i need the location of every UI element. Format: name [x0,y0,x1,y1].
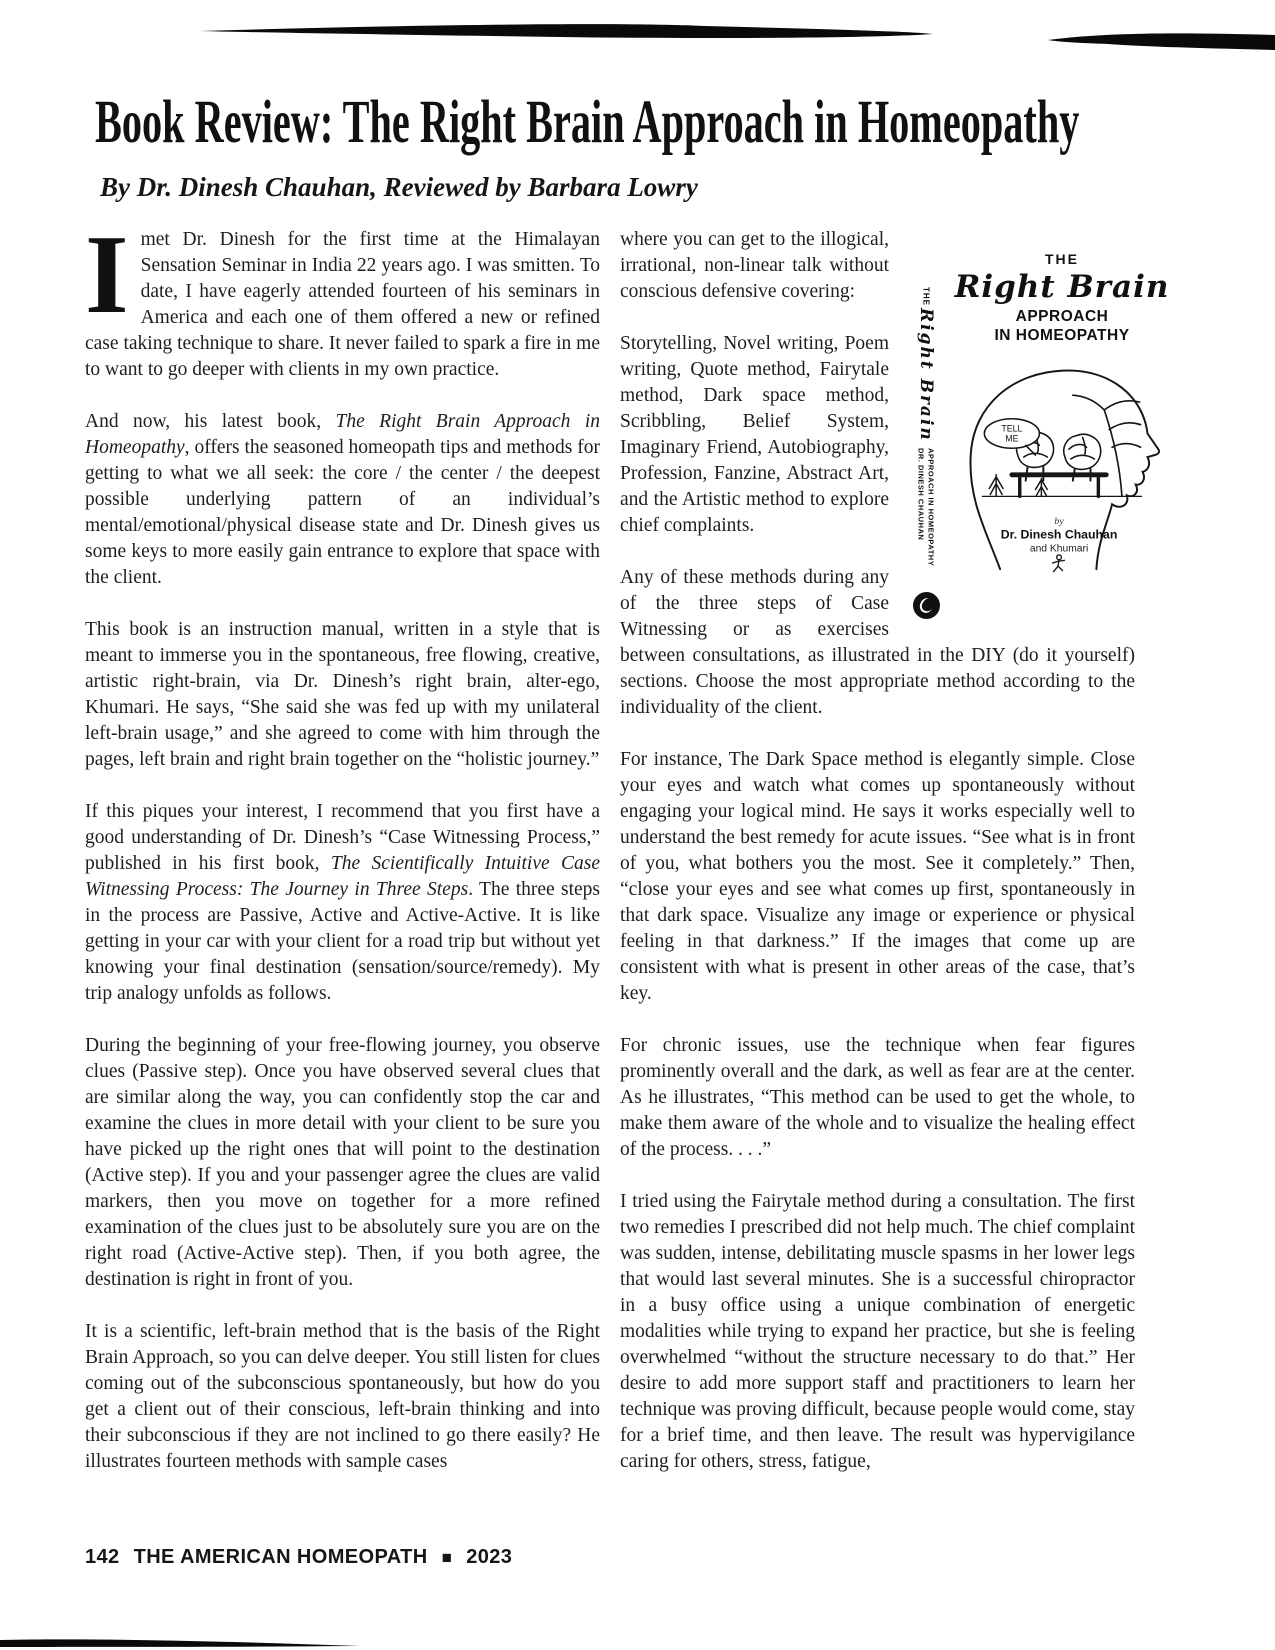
footer-page-number: 142 [85,1546,120,1569]
right-column: THE Right Brain DR. DINESH CHAUHAN APPRO… [620,227,1135,1475]
spine-the-label: THE [922,287,931,306]
dancing-figure-icon [1052,555,1065,572]
cover-subtitle-2: IN HOMEOPATHY [947,326,1177,345]
left-paragraph-3: This book is an instruction manual, writ… [85,617,600,773]
left-paragraph-4: If this piques your interest, I recommen… [85,799,600,1007]
book-spine: THE Right Brain DR. DINESH CHAUHAN APPRO… [905,241,947,623]
page-title: Book Review: The Right Brain Approach in… [95,90,992,164]
spine-subtitle-line: APPROACH IN HOMEOPATHY [927,448,936,566]
text-segment: where you can get to the illogical, irra… [620,229,889,302]
cover-script-title: Right Brain [947,269,1177,305]
text-segment: It is a scientific, left-brain method th… [85,1321,600,1472]
footer-year: 2023 [466,1546,512,1569]
right-paragraph-5: For chronic issues, use the technique wh… [620,1033,1135,1163]
book-cover-image: THE Right Brain DR. DINESH CHAUHAN APPRO… [905,241,1177,623]
speech-bubble-text-line1: TELL [1001,424,1022,434]
spine-author-line: DR. DINESH CHAUHAN [917,448,926,566]
left-paragraph-5: During the beginning of your free-flowin… [85,1033,600,1293]
text-segment: I tried using the Fairytale method durin… [620,1191,1135,1472]
footer-separator-square: ■ [442,1549,453,1566]
text-segment: For instance, The Dark Space method is e… [620,749,1135,1004]
cover-the-label: THE [947,251,1177,267]
article-body: Imet Dr. Dinesh for the first time at th… [85,227,1135,1475]
head-profile-illustration: TELL ME by Dr. Dinesh Chauhan and Khumar… [949,349,1175,575]
publisher-logo-icon [913,592,940,619]
left-paragraph-1: Imet Dr. Dinesh for the first time at th… [85,227,600,383]
cover-by-label: by [1054,516,1064,527]
text-segment: And now, his latest book, [85,411,336,432]
page-footer: 142 THE AMERICAN HOMEOPATH ■ 2023 [85,1546,512,1569]
spine-script-title: Right Brain [916,308,936,442]
scanned-magazine-page: Book Review: The Right Brain Approach in… [0,0,1275,1650]
text-segment: For chronic issues, use the technique wh… [620,1035,1135,1160]
drop-cap: I [85,231,129,319]
byline: By Dr. Dinesh Chauhan, Reviewed by Barba… [100,172,1275,203]
speech-bubble-text-line2: ME [1005,433,1018,443]
top-edge-scan-artifact [0,0,1275,60]
left-paragraph-2: And now, his latest book, The Right Brai… [85,409,600,591]
footer-journal-name: THE AMERICAN HOMEOPATH [134,1546,428,1569]
cover-subtitle-1: APPROACH [947,307,1177,326]
text-segment: This book is an instruction manual, writ… [85,619,600,770]
cover-coauthor: and Khumari [1030,543,1088,554]
left-paragraph-6: It is a scientific, left-brain method th… [85,1319,600,1475]
bottom-edge-scan-artifact [0,1632,1275,1650]
text-segment: Storytelling, Novel writing, Poem writin… [620,333,889,536]
book-front-cover: THE Right Brain APPROACH IN HOMEOPATHY [947,241,1177,623]
text-segment: , offers the seasoned homeopath tips and… [85,437,600,588]
spine-credits: DR. DINESH CHAUHAN APPROACH IN HOMEOPATH… [917,448,936,566]
right-paragraph-6: I tried using the Fairytale method durin… [620,1189,1135,1475]
text-segment: met Dr. Dinesh for the first time at the… [85,229,600,380]
text-segment: During the beginning of your free-flowin… [85,1035,600,1290]
cover-author: Dr. Dinesh Chauhan [1001,528,1118,542]
left-column: Imet Dr. Dinesh for the first time at th… [85,227,600,1475]
right-paragraph-4: For instance, The Dark Space method is e… [620,747,1135,1007]
